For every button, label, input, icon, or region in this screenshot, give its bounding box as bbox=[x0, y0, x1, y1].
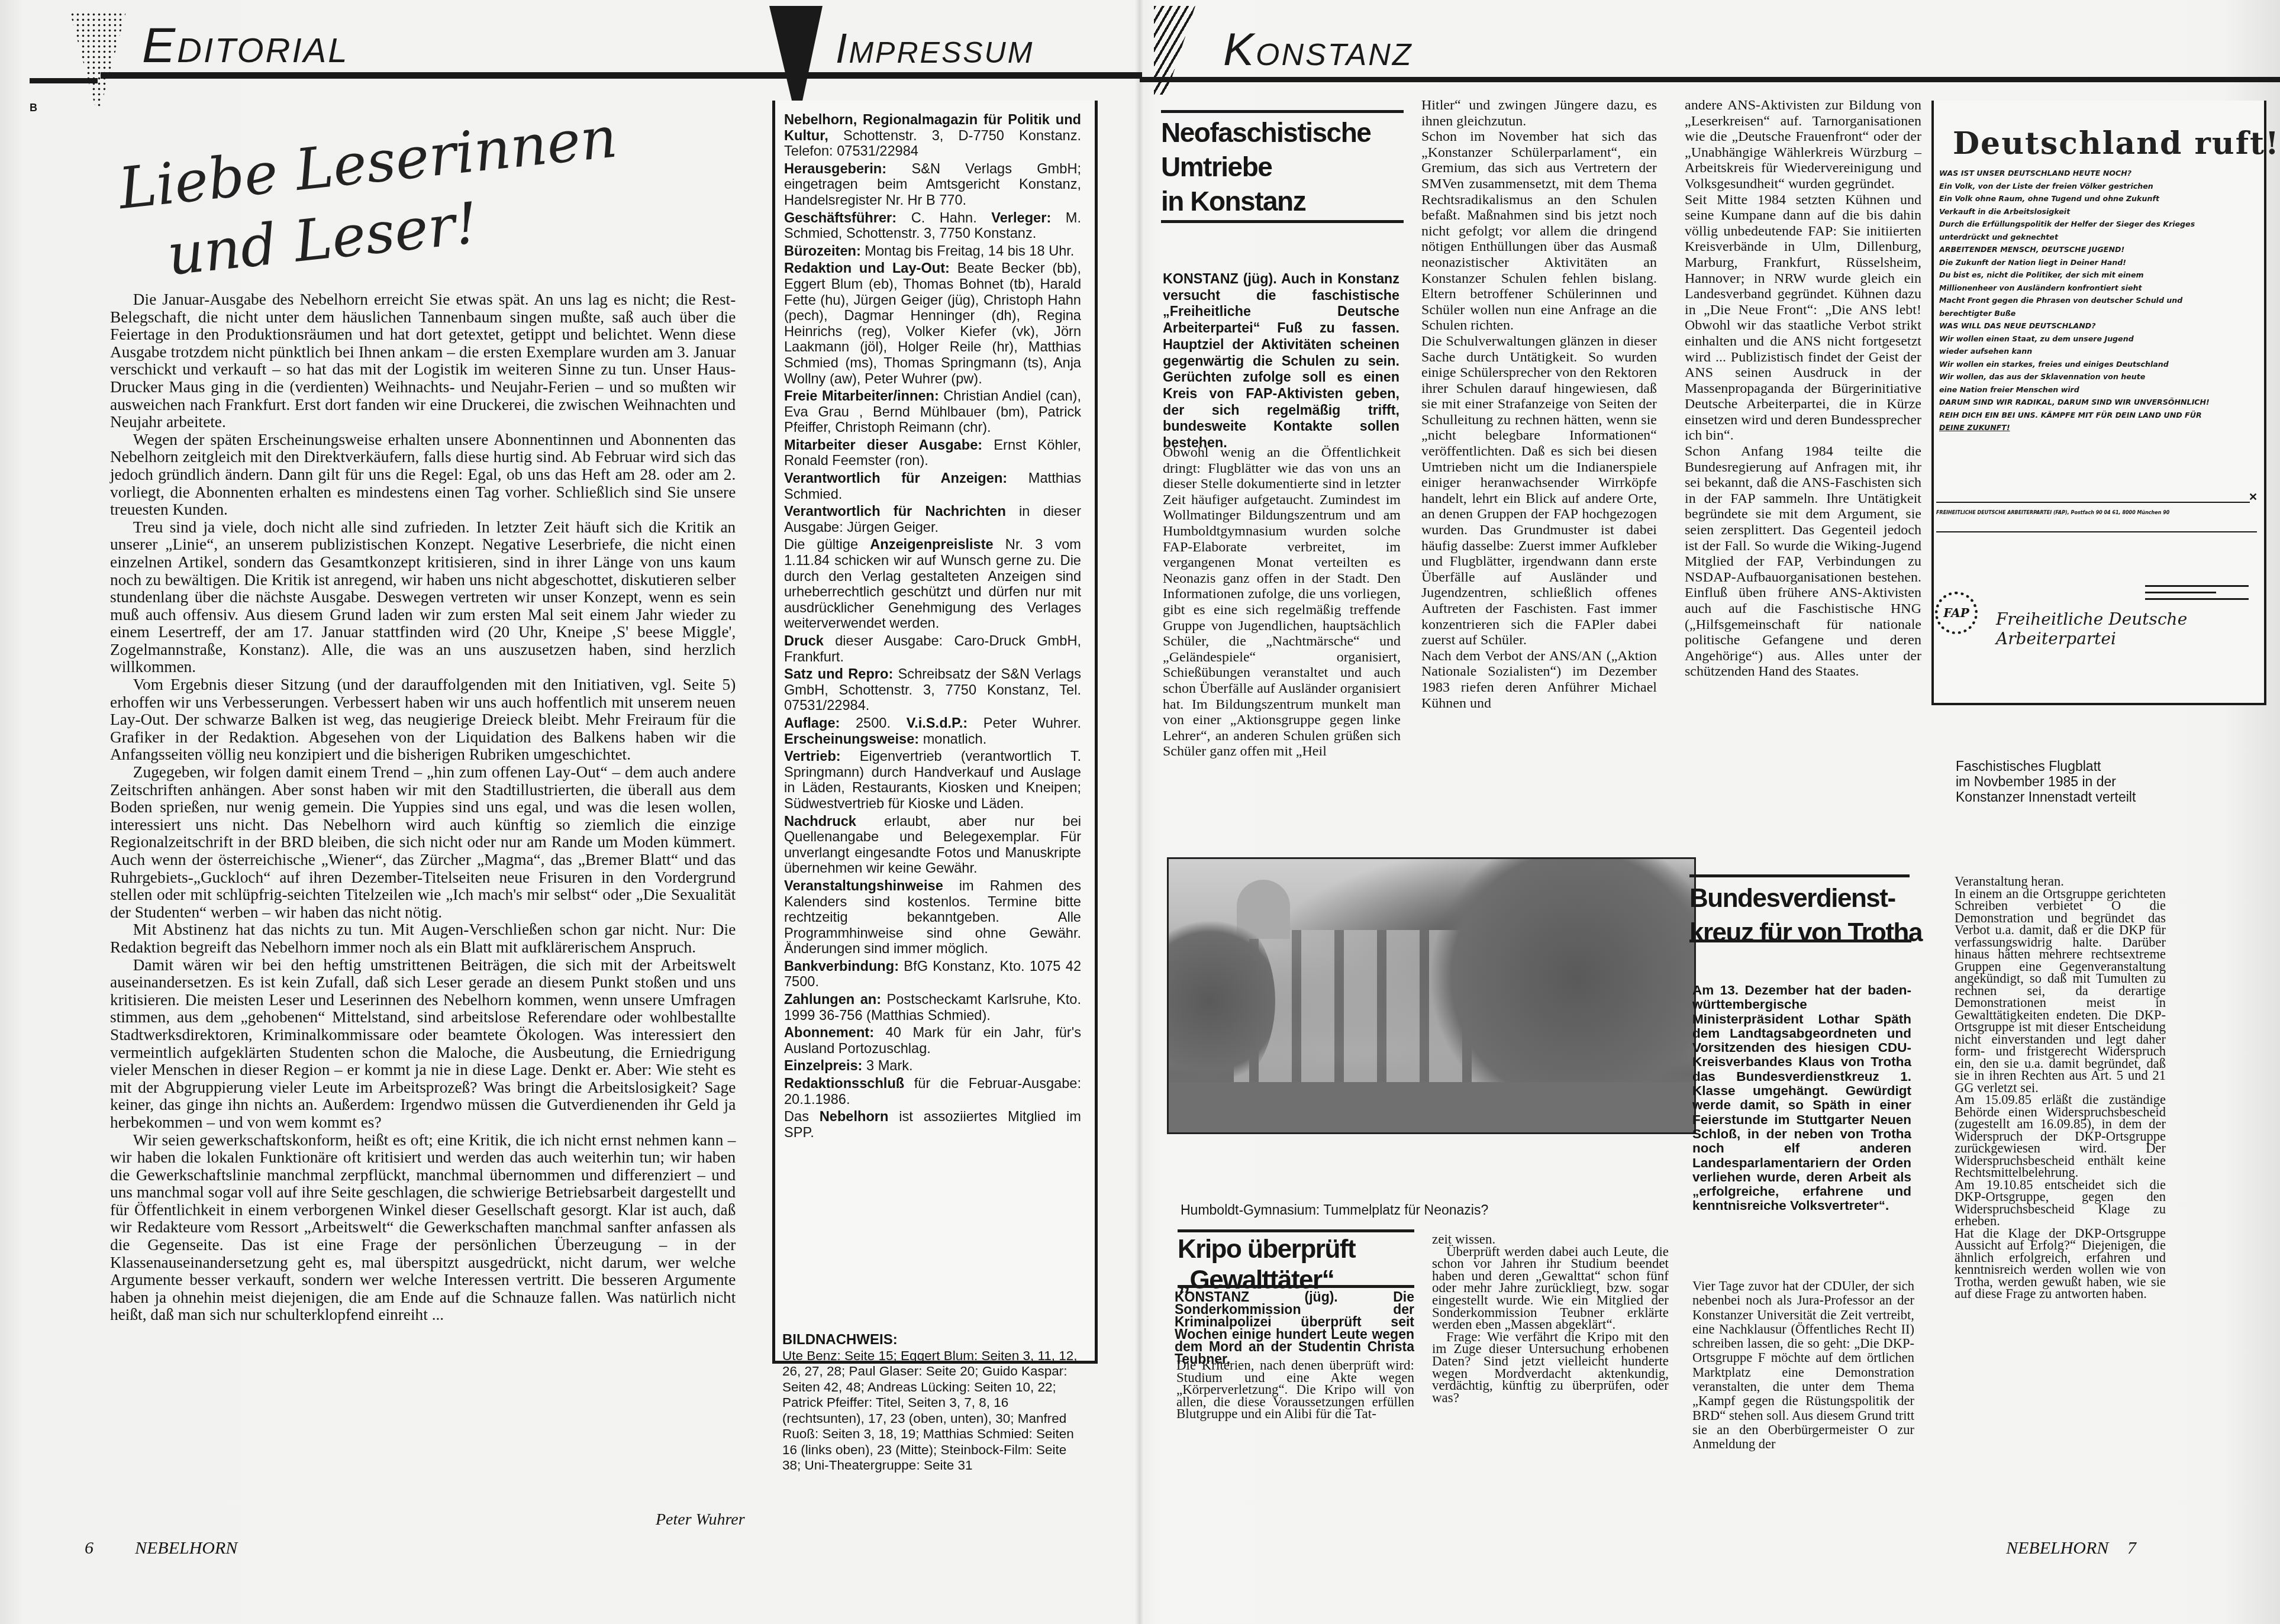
headline-rule-top bbox=[1178, 1229, 1414, 1232]
editorial-paragraph: Wegen der späten Erscheinungsweise erhal… bbox=[110, 431, 736, 519]
article1-headline: Neofaschistische Umtriebe in Konstanz bbox=[1161, 115, 1370, 218]
editorial-paragraph: Wir seien gewerkschaftskonform, heißt es… bbox=[110, 1132, 736, 1325]
impressum-text: Nebelhorn, Regionalmagazin für Politik u… bbox=[784, 112, 1081, 1142]
leaflet-title: Deutschland ruft! bbox=[1953, 125, 2280, 162]
impressum-entry: Herausgeberin: S&N Verlags GmbH; eingetr… bbox=[784, 162, 1081, 209]
lawn-shape bbox=[1169, 1082, 1694, 1132]
impressum-entry: Abonnement: 40 Mark für ein Jahr, für's … bbox=[784, 1025, 1081, 1057]
impressum-entry: Nebelhorn, Regionalmagazin für Politik u… bbox=[784, 112, 1081, 160]
scissors-cut-icon: ✕ bbox=[2249, 491, 2258, 503]
impressum-entry: Die gültige Anzeigenpreisliste Nr. 3 vom… bbox=[784, 537, 1081, 632]
impressum-entry: Vertrieb: Eigenvertrieb (verantwortlich … bbox=[784, 749, 1081, 812]
impressum-entry: Nachdruck erlaubt, aber nur bei Quellena… bbox=[784, 814, 1081, 877]
article2-col2: zeit wissen. Überprüft werden dabei auch… bbox=[1432, 1234, 1669, 1404]
editorial-body: Die Januar-Ausgabe des Nebelhorn erreich… bbox=[110, 291, 736, 1324]
bildnachweis-heading: BILDNACHWEIS: bbox=[782, 1332, 1081, 1348]
page-number-right: 7 bbox=[2127, 1538, 2136, 1558]
headline-rule-bottom bbox=[1689, 939, 1911, 942]
photo-caption: Humboldt-Gymnasium: Tummelplatz für Neon… bbox=[1181, 1202, 1488, 1218]
impressum-entry: Auflage: 2500. V.i.S.d.P.: Peter Wuhrer.… bbox=[784, 716, 1081, 747]
impressum-entry: Einzelpreis: 3 Mark. bbox=[784, 1058, 1081, 1074]
leaflet-address: FREIHEITLICHE DEUTSCHE ARBEITERPARTEI (F… bbox=[1936, 510, 2253, 515]
header-rule-right bbox=[1140, 77, 2280, 82]
impressum-entry: Bankverbindung: BfG Konstanz, Kto. 1075 … bbox=[784, 959, 1081, 990]
page-number-left: 6 bbox=[85, 1538, 93, 1558]
author-signature: Peter Wuhrer bbox=[656, 1510, 745, 1529]
headline-rule-top bbox=[1161, 110, 1404, 113]
fap-logo-icon: FAP bbox=[1935, 592, 1978, 634]
headline-rule-bottom bbox=[1161, 220, 1404, 223]
editorial-paragraph: Treu sind ja viele, doch nicht alle sind… bbox=[110, 519, 736, 676]
impressum-entry: Satz und Repro: Schreibsatz der S&N Verl… bbox=[784, 667, 1081, 714]
section-title-editorial: EDITORIAL bbox=[142, 17, 349, 74]
editorial-paragraph: Mit Abstinenz hat das nichts zu tun. Mit… bbox=[110, 921, 736, 956]
impressum-entry: Druck dieser Ausgabe: Caro-Druck GmbH, F… bbox=[784, 634, 1081, 665]
bildnachweis-text: Ute Benz: Seite 15; Eggert Blum: Seiten … bbox=[782, 1348, 1081, 1474]
editorial-paragraph: Vom Ergebnis dieser Sitzung (und der dar… bbox=[110, 676, 736, 764]
section-title-impressum: IMPRESSUM bbox=[836, 25, 1034, 72]
impressum-entry: Mitarbeiter dieser Ausgabe: Ernst Köhler… bbox=[784, 438, 1081, 469]
magazine-name-right: NEBELHORN bbox=[2006, 1538, 2108, 1558]
article2-lead: KONSTANZ (jüg). Die Sonderkommission der… bbox=[1175, 1291, 1414, 1365]
school-photo bbox=[1167, 857, 1696, 1134]
article1-lead: KONSTANZ (jüg). Auch in Konstanz versuch… bbox=[1163, 271, 1399, 451]
article1-col1: Obwohl wenig an die Öffentlichkeit dring… bbox=[1163, 445, 1401, 760]
leaflet-caption: Faschistisches Flugblatt im Novbember 19… bbox=[1956, 758, 2192, 805]
header-rule-left bbox=[30, 78, 98, 83]
editorial-paragraph: Die Januar-Ausgabe des Nebelhorn erreich… bbox=[110, 291, 736, 431]
impressum-entry: Geschäftsführer: C. Hahn. Verleger: M. S… bbox=[784, 211, 1081, 242]
impressum-entry: Zahlungen an: Postscheckamt Karlsruhe, K… bbox=[784, 992, 1081, 1024]
leaflet-checkboxes bbox=[2130, 583, 2249, 600]
header-rule bbox=[101, 72, 1142, 79]
article3-col2: Veranstaltung heran. In einem an die Ort… bbox=[1955, 876, 2166, 1300]
magazine-name-left: NEBELHORN bbox=[135, 1538, 237, 1558]
section-title-konstanz: KONSTANZ bbox=[1223, 22, 1413, 76]
editorial-paragraph: Damit wären wir bei den heftig umstritte… bbox=[110, 957, 736, 1132]
leaflet-lines: WAS IST UNSER DEUTSCHLAND HEUTE NOCH? Ei… bbox=[1939, 167, 2259, 434]
article2-col1: Die Kriterien, nach denen überprüft wird… bbox=[1176, 1360, 1414, 1420]
impressum-entry: Das Nebelhorn ist assoziiertes Mitglied … bbox=[784, 1109, 1081, 1141]
impressum-entry: Verantwortlich für Anzeigen: Matthias Sc… bbox=[784, 471, 1081, 502]
gutter-fold bbox=[1135, 0, 1144, 1624]
leaflet-form-line bbox=[1936, 531, 2257, 532]
leaflet-party-name: Freiheitliche Deutsche Arbeiterpartei bbox=[1996, 609, 2280, 648]
impressum-entry: Verantwortlich für Nachrichten in dieser… bbox=[784, 504, 1081, 535]
margin-mark: B bbox=[30, 102, 37, 114]
article3-lead: Am 13. Dezember hat der baden-württember… bbox=[1692, 983, 1911, 1213]
impressum-entry: Redaktionsschluß für die Februar-Ausgabe… bbox=[784, 1076, 1081, 1108]
bildnachweis: BILDNACHWEIS: Ute Benz: Seite 15; Eggert… bbox=[782, 1332, 1081, 1474]
impressum-entry: Redaktion und Lay-Out: Beate Becker (bb)… bbox=[784, 261, 1081, 387]
impressum-entry: Freie Mitarbeiter/innen: Christian Andie… bbox=[784, 389, 1081, 436]
editorial-paragraph: Zugegeben, wir folgen damit einem Trend … bbox=[110, 764, 736, 921]
impressum-entry: Veranstaltungshinweise im Rahmen des Kal… bbox=[784, 879, 1081, 957]
article1-col2: Hitler“ und zwingen Jüngere dazu, es ihn… bbox=[1421, 98, 1657, 711]
article1-col3: andere ANS-Aktivisten zur Bildung von „L… bbox=[1685, 98, 1921, 680]
leaflet-cut-line bbox=[1936, 502, 2250, 503]
article3-col1: Vier Tage zuvor hat der CDUler, der sich… bbox=[1692, 1279, 1914, 1452]
impressum-entry: Bürozeiten: Montag bis Freitag, 14 bis 1… bbox=[784, 244, 1081, 260]
headline-rule-bottom bbox=[1178, 1285, 1414, 1288]
headline-rule-top bbox=[1689, 874, 1910, 877]
